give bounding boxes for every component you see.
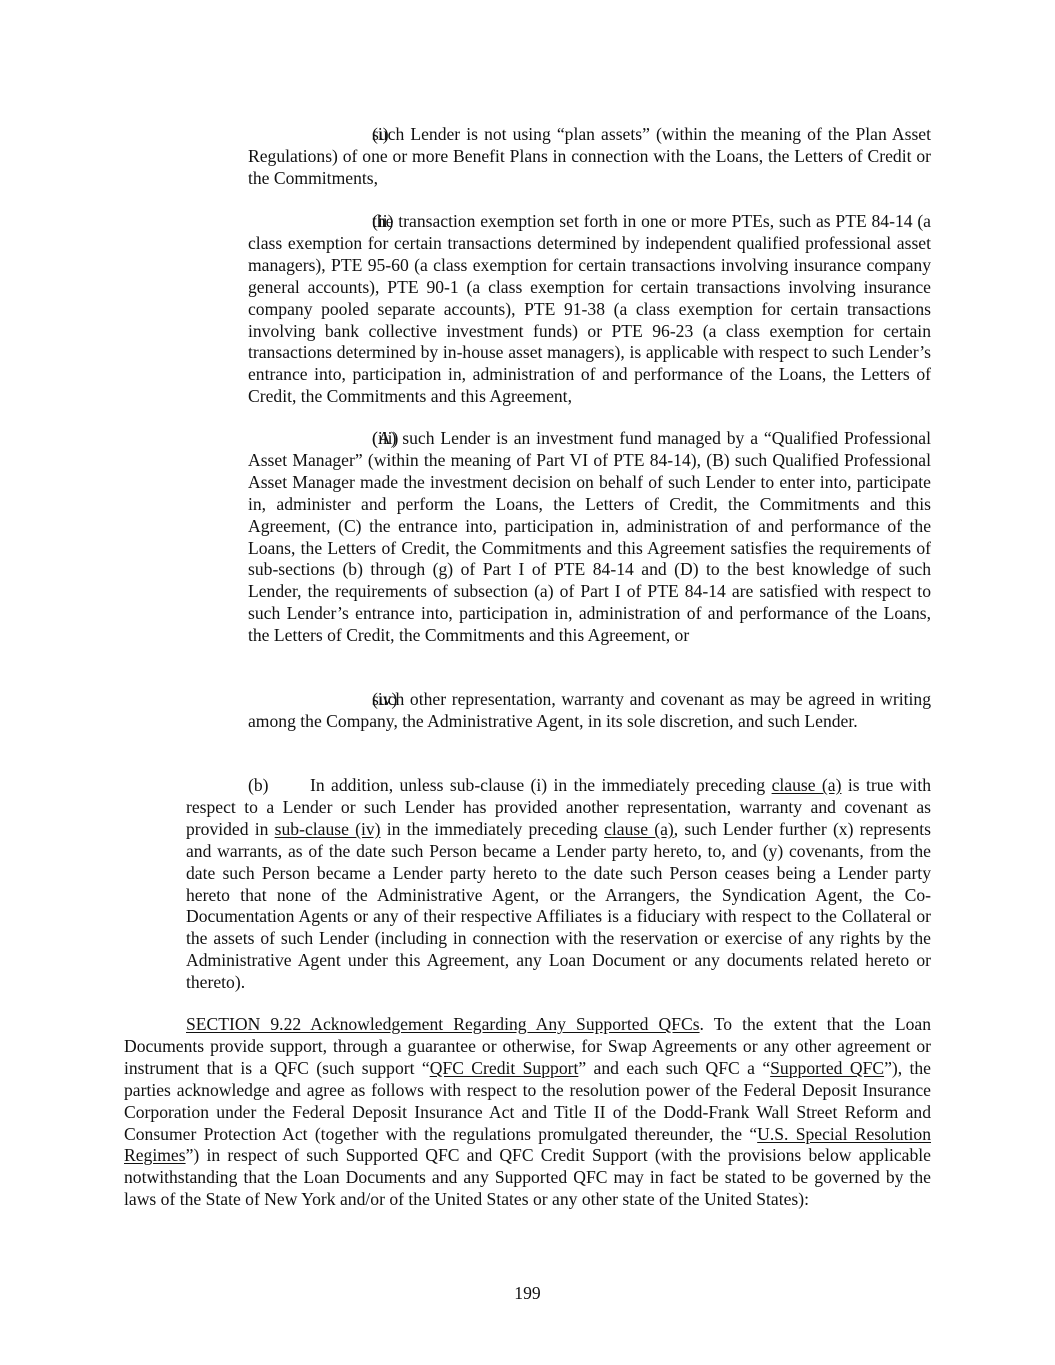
section-text-2: ” and each such QFC a “ — [578, 1058, 770, 1078]
section-heading: SECTION 9.22 Acknowledgement Regarding A… — [186, 1014, 700, 1034]
clause-i: (i)such Lender is not using “plan assets… — [248, 124, 931, 190]
clause-i-label: (i) — [310, 124, 372, 146]
clause-iii-label: (iii) — [310, 428, 372, 450]
clause-b-label: (b) — [248, 775, 310, 797]
clause-a-reference-link-2[interactable]: clause (a) — [604, 819, 674, 839]
section-text-4: ”) in respect of such Supported QFC and … — [124, 1145, 931, 1209]
defined-term-supported-qfc: Supported QFC — [770, 1058, 884, 1078]
clause-iv-label: (iv) — [310, 689, 372, 711]
clause-iv: (iv)such other representation, warranty … — [248, 689, 931, 733]
defined-term-qfc-credit-support: QFC Credit Support — [430, 1058, 579, 1078]
sub-clause-iv-reference-link[interactable]: sub-clause (iv) — [275, 819, 381, 839]
clause-ii-text: the transaction exemption set forth in o… — [248, 211, 931, 406]
clause-a-reference-link[interactable]: clause (a) — [772, 775, 842, 795]
clause-b-text-3: in the immediately preceding — [381, 819, 605, 839]
section-9-22: SECTION 9.22 Acknowledgement Regarding A… — [124, 1014, 931, 1211]
clause-b: (b)In addition, unless sub-clause (i) in… — [186, 775, 931, 994]
clause-iii-text: (A) such Lender is an investment fund ma… — [248, 428, 931, 645]
clause-ii: (ii)the transaction exemption set forth … — [248, 211, 931, 408]
clause-iii: (iii)(A) such Lender is an investment fu… — [248, 428, 931, 647]
clause-b-text-4: , such Lender further (x) represents and… — [186, 819, 931, 992]
clause-ii-label: (ii) — [310, 211, 372, 233]
page-number: 199 — [0, 1283, 1055, 1304]
clause-b-text-1: In addition, unless sub-clause (i) in th… — [310, 775, 772, 795]
